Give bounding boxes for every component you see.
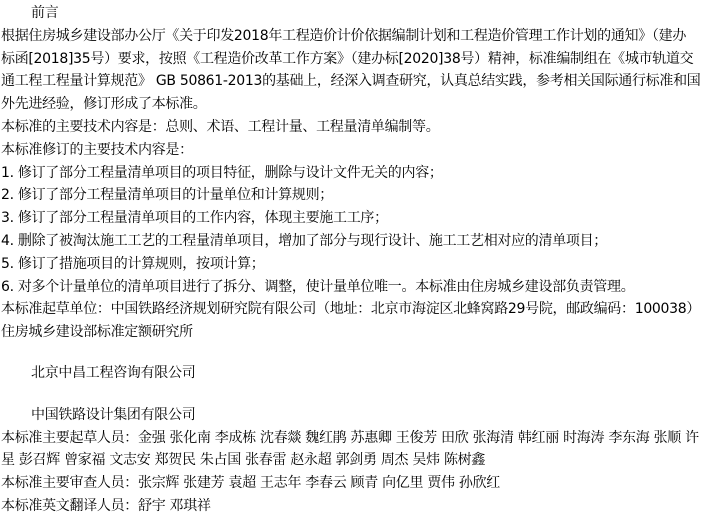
revision-item: 6. 对多个计量单位的清单项目进行了拆分、调整，使计量单位唯一。本标准由住房城乡… — [1, 276, 714, 299]
translators-text: 本标准英文翻译人员：舒宇 邓琪祥 — [1, 495, 714, 518]
paragraph-line: 外先进经验，修订形成了本标准。 — [1, 93, 714, 116]
revision-item: 5. 修订了措施项目的计算规则，按项计算； — [1, 253, 714, 276]
reviewers-text: 本标准主要审查人员：张宗辉 张建芳 袁超 王志年 李春云 顾青 向亿里 贾伟 孙… — [1, 472, 714, 495]
drafters-line: 星 彭召辉 曾家福 文志安 郑贺民 朱占国 张春雷 赵永超 郭剑勇 周杰 吴炜 … — [1, 449, 714, 472]
drafters-line: 本标准主要起草人员：金强 张化南 李成栋 沈春燚 魏红鹃 苏惠卿 王俊芳 田欣 … — [1, 427, 714, 450]
spacer — [1, 344, 714, 363]
co-unit: 中国铁路设计集团有限公司 — [1, 404, 714, 427]
main-content-text: 本标准的主要技术内容是：总则、术语、工程计量、工程量清单编制等。 — [1, 116, 714, 139]
co-unit: 住房城乡建设部标准定额研究所 — [1, 321, 714, 344]
paragraph-line: 根据住房城乡建设部办公厅《关于印发2018年工程造价计价依据编制计划和工程造价管… — [1, 25, 714, 48]
co-unit: 北京中昌工程咨询有限公司 — [1, 362, 714, 385]
drafting-unit-text: 本标准起草单位：中国铁路经济规划研究院有限公司（地址：北京市海淀区北蜂窝路29号… — [1, 298, 714, 321]
revision-item: 1. 修订了部分工程量清单项目的项目特征，删除与设计文件无关的内容； — [1, 162, 714, 185]
section-heading: 前言 — [1, 2, 714, 25]
revision-item: 3. 修订了部分工程量清单项目的工作内容，体现主要施工工序； — [1, 207, 714, 230]
paragraph-line: 标函[2018]35号）要求，按照《工程造价改革工作方案》（建办标[2020]3… — [1, 48, 714, 71]
document-body: 前言 根据住房城乡建设部办公厅《关于印发2018年工程造价计价依据编制计划和工程… — [0, 0, 714, 518]
revision-item: 2. 修订了部分工程量清单项目的计量单位和计算规则； — [1, 184, 714, 207]
revision-item: 4. 删除了被淘汰施工工艺的工程量清单项目，增加了部分与现行设计、施工工艺相对应… — [1, 230, 714, 253]
spacer — [1, 385, 714, 404]
revision-intro-text: 本标准修订的主要技术内容是： — [1, 139, 714, 162]
paragraph-line: 通工程工程量计算规范》 GB 50861-2013的基础上，经深入调查研究，认真… — [1, 70, 714, 93]
